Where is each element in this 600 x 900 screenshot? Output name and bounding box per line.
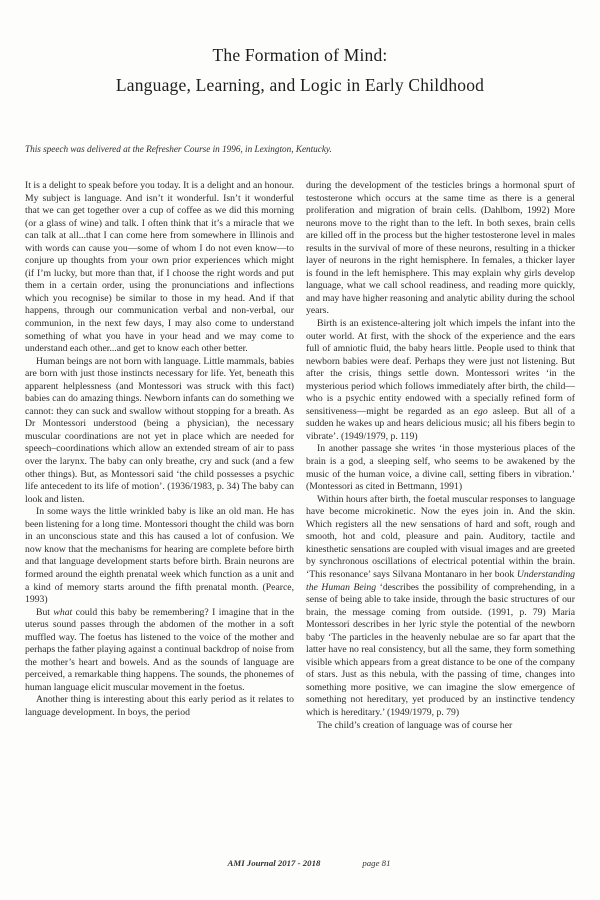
title-line-1: The Formation of Mind:	[0, 40, 600, 70]
body-columns: It is a delight to speak before you toda…	[25, 180, 575, 732]
paragraph: Birth is an existence-altering jolt whic…	[306, 318, 575, 443]
paragraph: Within hours after birth, the foetal mus…	[306, 494, 575, 720]
paragraph: In another passage she writes ‘in those …	[306, 443, 575, 493]
paragraph: during the development of the testicles …	[306, 180, 575, 318]
paragraph: In some ways the little wrinkled baby is…	[25, 506, 294, 606]
title-line-2: Language, Learning, and Logic in Early C…	[0, 70, 600, 100]
article-title: The Formation of Mind: Language, Learnin…	[0, 0, 600, 100]
paragraph: But what could this baby be remembering?…	[25, 607, 294, 695]
speech-note: This speech was delivered at the Refresh…	[25, 144, 575, 154]
paragraph: Another thing is interesting about this …	[25, 694, 294, 719]
paragraph: Human beings are not born with language.…	[25, 356, 294, 507]
text-column-right: during the development of the testicles …	[306, 180, 575, 732]
footer-page-number: page 81	[362, 858, 390, 868]
footer: AMI Journal 2017 - 2018 page 81	[0, 858, 600, 868]
footer-journal: AMI Journal 2017 - 2018	[228, 858, 321, 868]
paragraph: It is a delight to speak before you toda…	[25, 180, 294, 356]
document-page: The Formation of Mind: Language, Learnin…	[0, 0, 600, 900]
paragraph: The child’s creation of language was of …	[306, 720, 575, 733]
text-column-left: It is a delight to speak before you toda…	[25, 180, 294, 732]
